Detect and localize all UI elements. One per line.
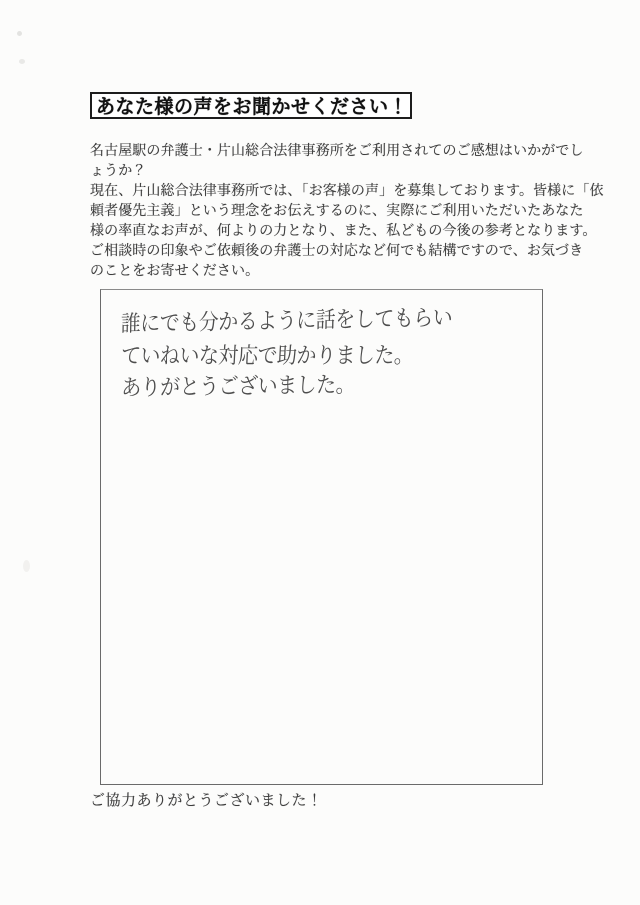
intro-line: 頼者優先主義」という理念をお伝えするのに、実際にご利用いただいたあなた: [90, 200, 560, 220]
scanned-feedback-form: あなた様の声をお聞かせください！ 名古屋駅の弁護士・片山総合法律事務所をご利用さ…: [0, 0, 640, 905]
intro-line: ご相談時の印象やご依頼後の弁護士の対応など何でも結構ですので、お気づき: [90, 240, 560, 260]
scan-speckle: [23, 560, 30, 572]
scan-speckle: [19, 59, 25, 64]
handwritten-line: ありがとうございました。: [121, 364, 522, 405]
intro-line: のことをお寄せください。: [90, 260, 560, 280]
handwritten-line: 誰にでも分かるように話をしてもらい: [120, 298, 520, 342]
footer-thanks-text: ご協力ありがとうございました！: [90, 789, 323, 810]
handwritten-comment: 誰にでも分かるように話をしてもらい ていねいな対応で助かりました。 ありがとうご…: [121, 305, 522, 404]
scan-speckle: [17, 31, 22, 36]
intro-line: 現在、片山総合法律事務所では、「お客様の声」を募集しております。皆様に「依: [90, 180, 560, 200]
intro-paragraph: 名古屋駅の弁護士・片山総合法律事務所をご利用されてのご感想はいかがでし ょうか？…: [90, 140, 560, 280]
intro-line: 名古屋駅の弁護士・片山総合法律事務所をご利用されてのご感想はいかがでし: [90, 140, 560, 160]
form-title-box: あなた様の声をお聞かせください！: [90, 92, 412, 119]
form-title: あなた様の声をお聞かせください！: [96, 92, 408, 120]
intro-line: ょうか？: [90, 160, 560, 180]
intro-line: 様の率直なお声が、何よりの力となり、また、私どもの今後の参考となります。: [90, 220, 560, 240]
